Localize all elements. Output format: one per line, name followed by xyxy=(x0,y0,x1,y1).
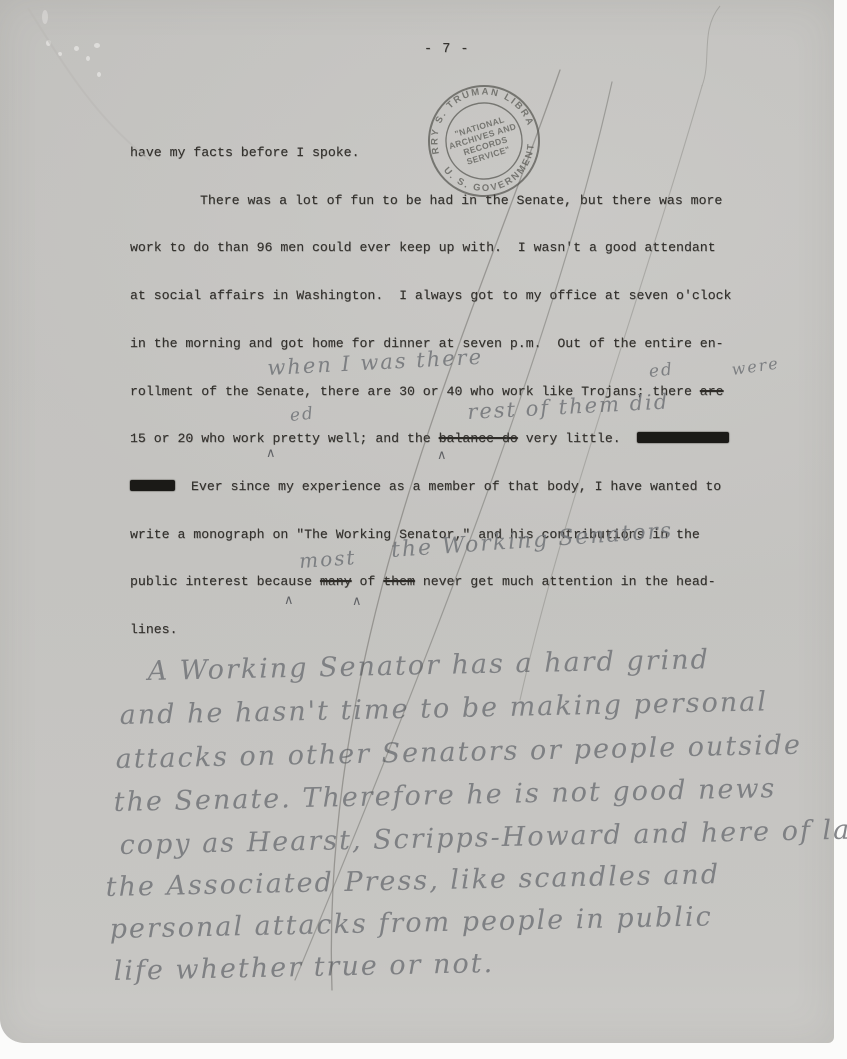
typed-text: public interest because xyxy=(130,574,320,589)
typed-text: at social affairs in Washington. I alway… xyxy=(130,288,731,303)
typed-text: work to do than 96 men could ever keep u… xyxy=(130,240,716,255)
page-number: - 7 - xyxy=(424,42,470,57)
archive-stamp: HARRY S. TRUMAN LIBRARY U. S. GOVERNMENT… xyxy=(418,79,550,203)
typed-line: lines. xyxy=(130,622,177,637)
caret-mark: ∧ xyxy=(437,448,447,463)
typed-text: of xyxy=(352,574,384,589)
caret-mark: ∧ xyxy=(266,446,276,461)
caret-mark: ∧ xyxy=(284,593,294,608)
redaction-blob xyxy=(637,432,729,443)
typed-text: lines. xyxy=(130,622,177,637)
typed-line: at social affairs in Washington. I alway… xyxy=(130,288,731,303)
redaction-blob xyxy=(130,480,175,491)
caret-mark: ∧ xyxy=(352,594,362,609)
struck-text: many xyxy=(320,574,352,589)
pencil-insertion: most xyxy=(298,545,357,573)
scanned-document-page: { "page": { "number": "- 7 -" }, "stamp"… xyxy=(0,0,847,1059)
pencil-insertion: ed xyxy=(648,360,675,382)
typed-line: public interest because many of them nev… xyxy=(130,574,716,589)
typed-text: Ever since my experience as a member of … xyxy=(191,479,721,494)
typed-line: 15 or 20 who work pretty well; and the b… xyxy=(130,431,729,446)
typed-text: very little. xyxy=(518,431,637,446)
typed-text: never get much attention in the head- xyxy=(415,574,716,589)
typed-line: Ever since my experience as a member of … xyxy=(130,479,721,494)
typed-text: have my facts before I spoke. xyxy=(130,145,360,160)
typed-text: There was a lot of fun to be had in the … xyxy=(200,193,722,208)
typed-line: have my facts before I spoke. xyxy=(130,145,360,160)
pencil-insertion: ed xyxy=(289,404,316,426)
struck-text: are xyxy=(700,384,724,399)
typed-line: work to do than 96 men could ever keep u… xyxy=(130,240,716,255)
typed-line: There was a lot of fun to be had in the … xyxy=(200,193,722,208)
typed-text: 15 or 20 who work pretty well; and the xyxy=(130,431,439,446)
struck-text: them xyxy=(383,574,415,589)
struck-text: balance do xyxy=(439,431,518,446)
